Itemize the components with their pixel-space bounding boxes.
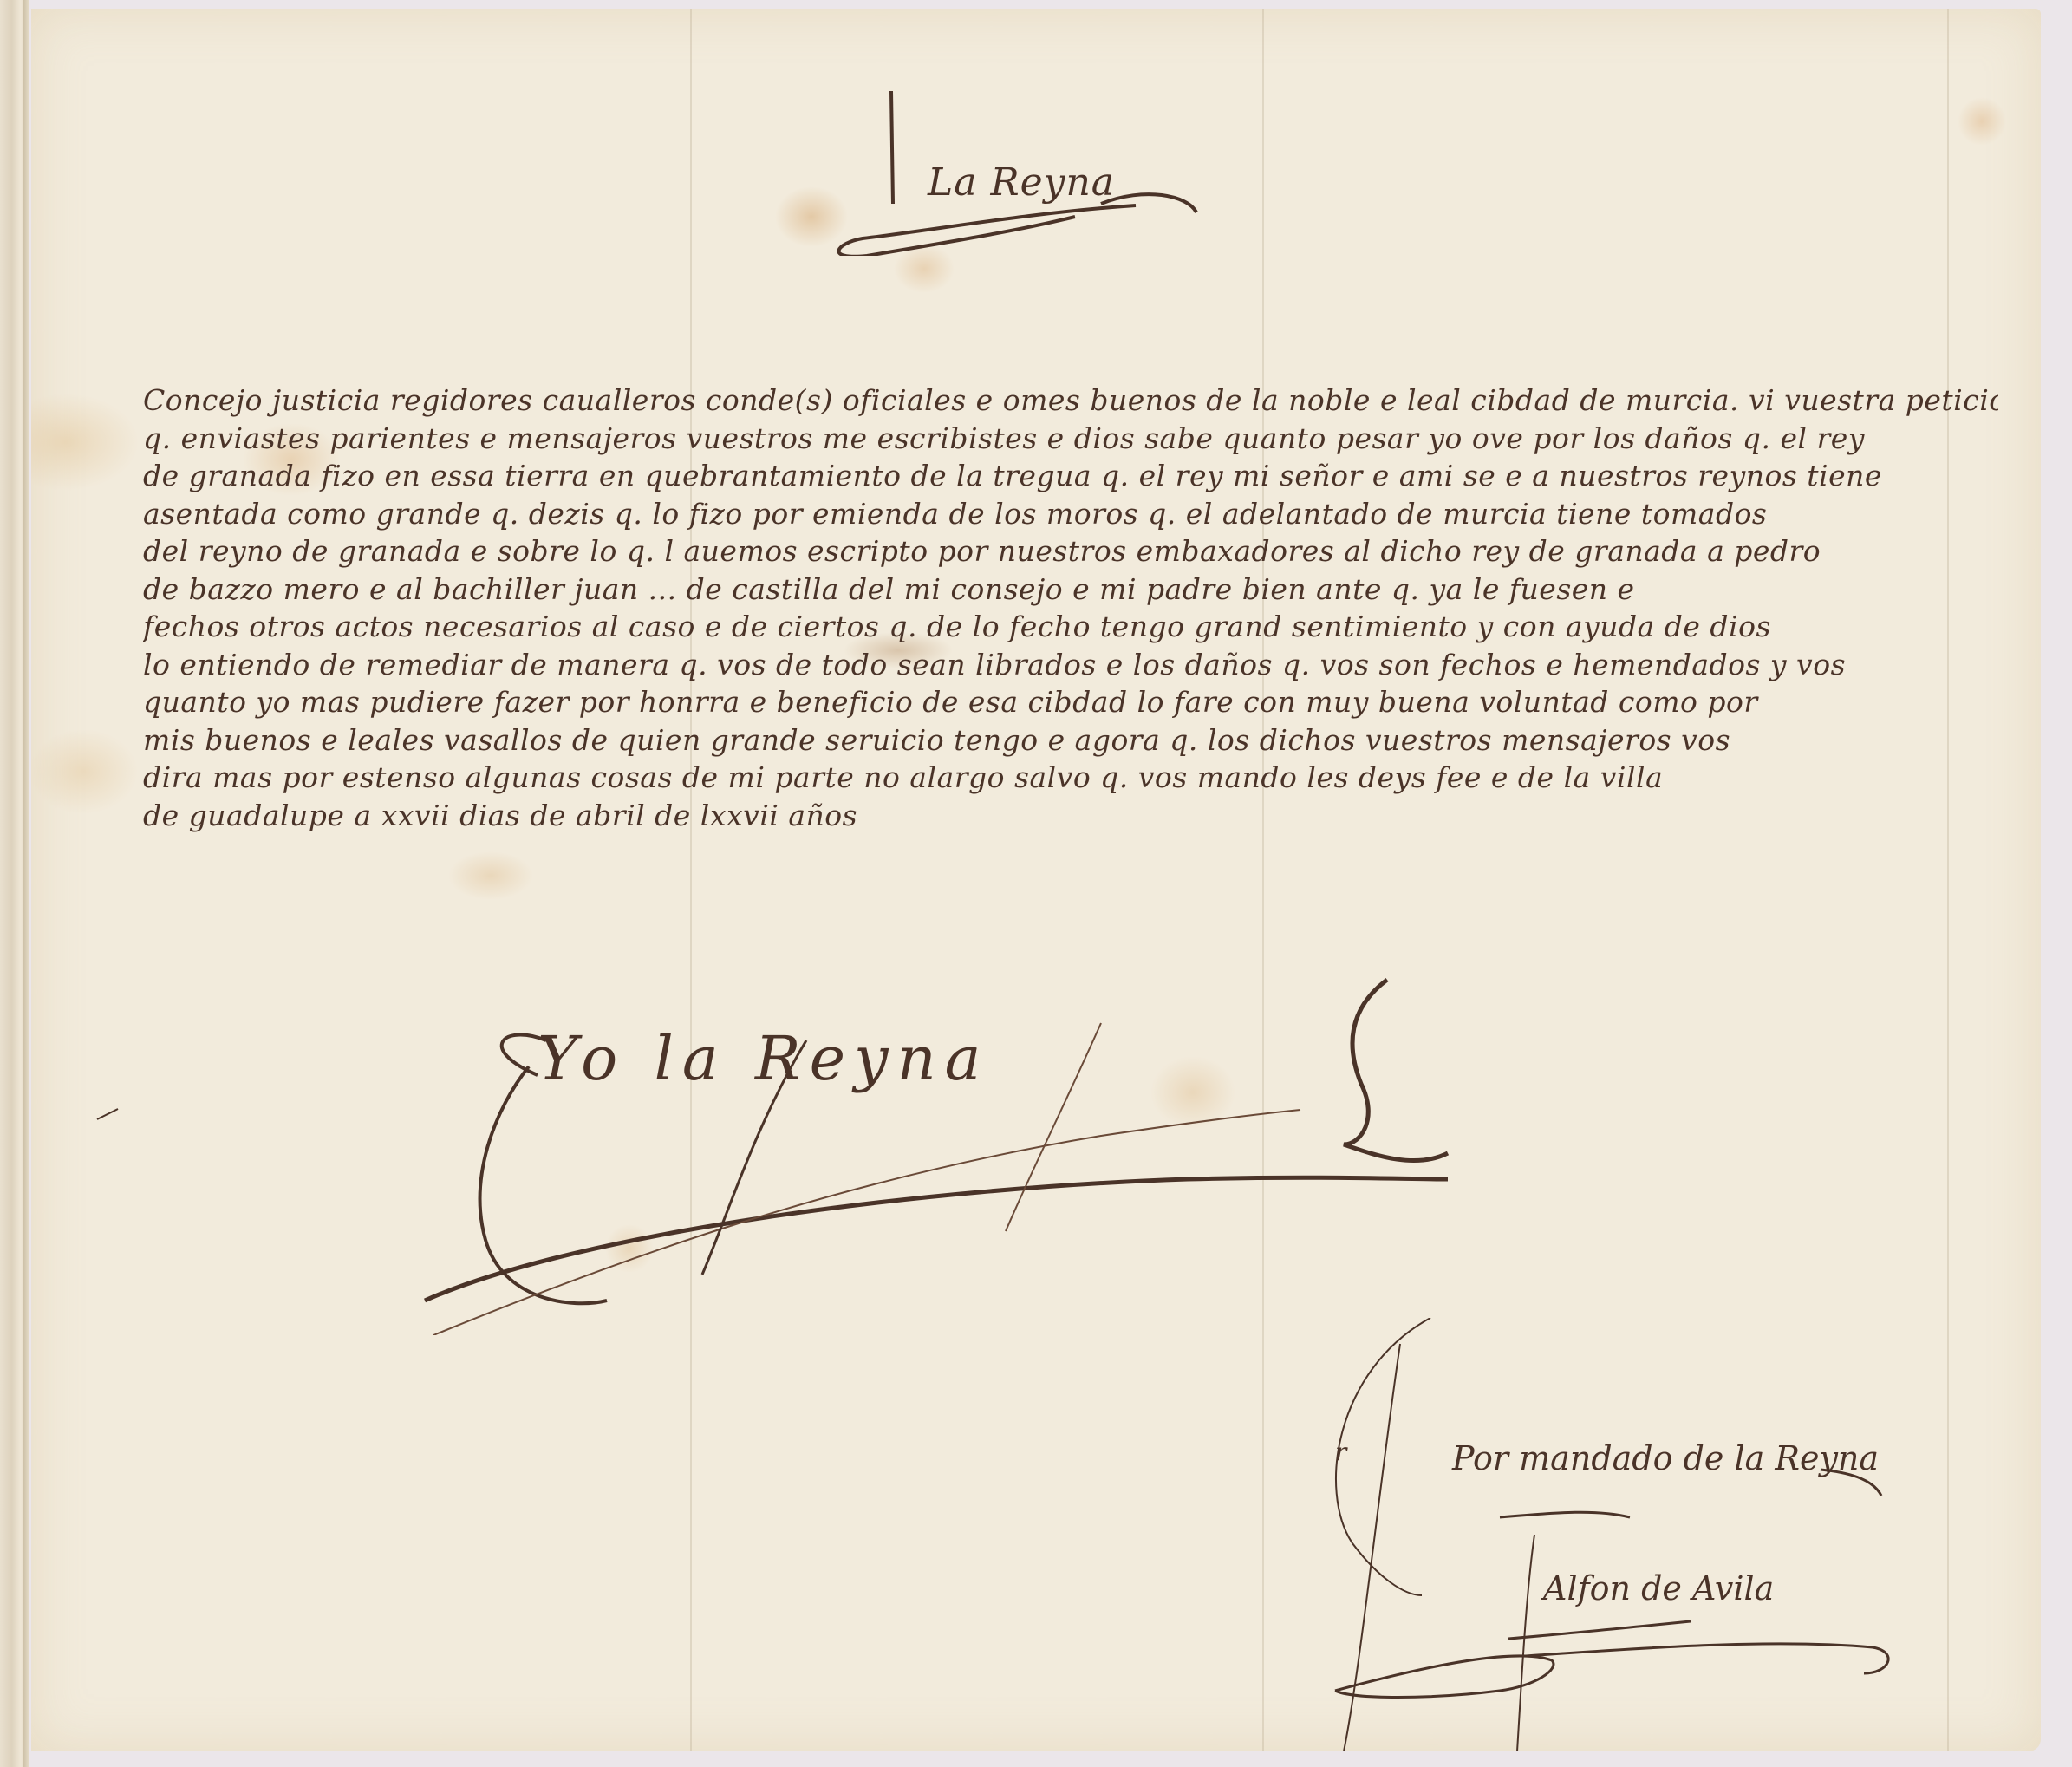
margin-mark-icon bbox=[95, 1105, 121, 1123]
marginal-mark: r bbox=[1335, 1438, 1346, 1466]
secretary-signature: r Por mandado de la Reyna Alfon de Avila bbox=[1300, 1318, 2046, 1751]
body-line: dira mas por estenso algunas cosas de mi… bbox=[143, 759, 1998, 797]
body-line: de bazzo mero e al bachiller juan ... de… bbox=[143, 571, 1998, 609]
royal-signature: Yo la Reyna bbox=[321, 971, 1639, 1335]
heading-la-reyna: La Reyna bbox=[815, 82, 1231, 256]
secretary-line-2: Alfon de Avila bbox=[1543, 1569, 1774, 1607]
body-line: quanto yo mas pudiere fazer por honrra e… bbox=[143, 683, 1998, 721]
body-line: fechos otros actos necesarios al caso e … bbox=[143, 608, 1998, 646]
heading-text: La Reyna bbox=[928, 160, 1115, 205]
body-line: lo entiendo de remediar de manera q. vos… bbox=[143, 646, 1998, 684]
signature-text: Yo la Reyna bbox=[538, 1023, 989, 1094]
body-line: de granada fizo en essa tierra en quebra… bbox=[143, 457, 1998, 495]
body-line: asentada como grande q. dezis q. lo fizo… bbox=[143, 495, 1998, 533]
background-margin bbox=[31, 1751, 2072, 1767]
letter-body: Concejo justicia regidores caualleros co… bbox=[143, 381, 1998, 834]
fold-line bbox=[1262, 9, 1264, 1751]
body-line: Concejo justicia regidores caualleros co… bbox=[143, 381, 1998, 420]
binding-fold bbox=[23, 0, 29, 1767]
fold-line bbox=[690, 9, 692, 1751]
body-line: de guadalupe a xxvii dias de abril de lx… bbox=[143, 797, 1998, 835]
body-line: del reyno de granada e sobre lo q. l aue… bbox=[143, 532, 1998, 571]
secretary-line-1: Por mandado de la Reyna bbox=[1452, 1439, 1879, 1477]
body-line: q. enviastes parientes e mensajeros vues… bbox=[143, 420, 1998, 458]
secretary-flourish-icon bbox=[1300, 1318, 2046, 1751]
body-line: mis buenos e leales vasallos de quien gr… bbox=[143, 721, 1998, 760]
